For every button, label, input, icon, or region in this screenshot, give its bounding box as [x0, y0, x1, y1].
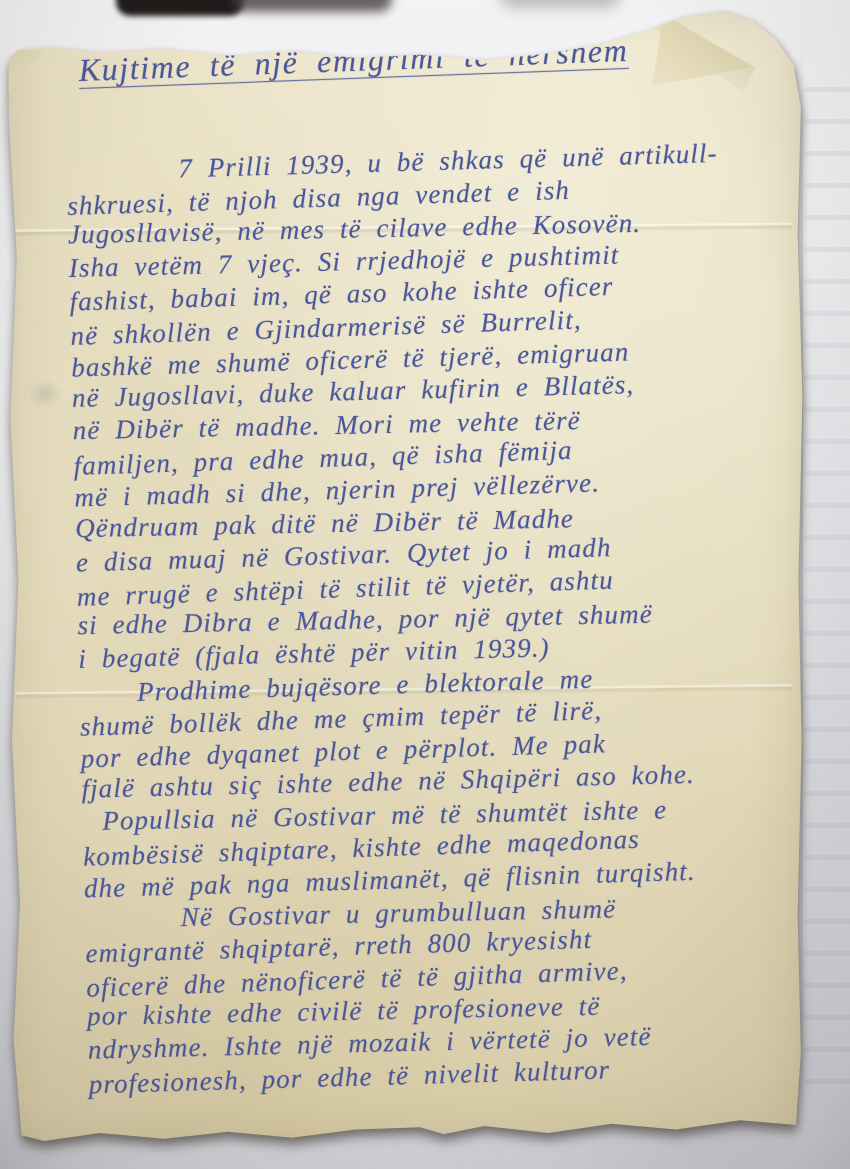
document-title: Kujtime të një emigrimi të hershëm: [78, 32, 629, 89]
paper-sheet: Kujtime të një emigrimi të hershëm 7 Pri…: [4, 4, 804, 1156]
paper-sheet-wrap: Kujtime të një emigrimi të hershëm 7 Pri…: [0, 0, 850, 1169]
corner-fold-top-left: [7, 50, 43, 94]
photo-of-handwritten-letter: Kujtime të një emigrimi të hershëm 7 Pri…: [0, 0, 850, 1169]
pencil-smudge: [28, 380, 62, 408]
handwritten-text-block: 7 Prilli 1939, u bë shkas që unë artikul…: [66, 135, 849, 1099]
